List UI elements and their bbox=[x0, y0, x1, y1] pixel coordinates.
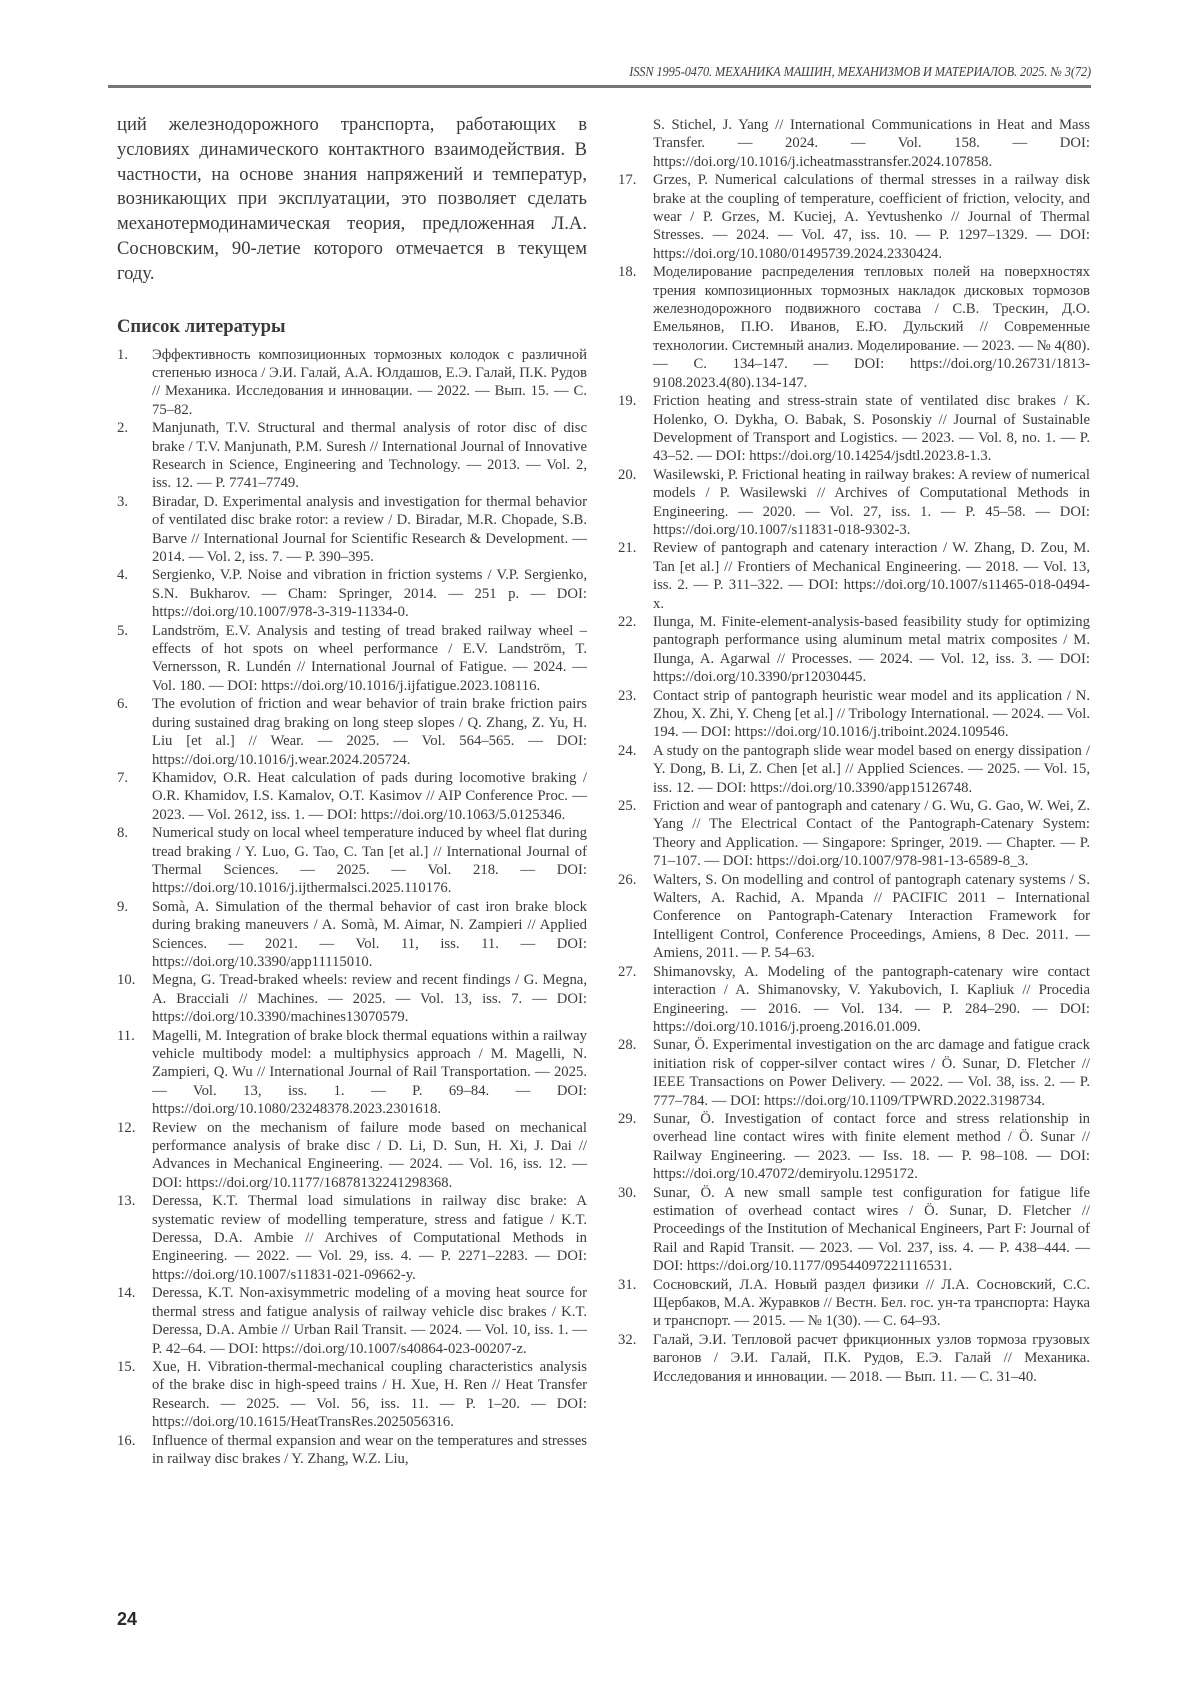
reference-text: Manjunath, T.V. Structural and thermal a… bbox=[152, 420, 587, 491]
reference-text: Wasilewski, P. Frictional heating in rai… bbox=[653, 467, 1090, 538]
reference-text: Галай, Э.И. Тепловой расчет фрикционных … bbox=[653, 1332, 1090, 1385]
reference-text: Sunar, Ö. Investigation of contact force… bbox=[653, 1111, 1090, 1182]
reference-number: 24. bbox=[618, 742, 636, 760]
reference-number: 28. bbox=[618, 1036, 636, 1054]
reference-item: 14.Deressa, K.T. Non-axisymmetric modeli… bbox=[117, 1284, 587, 1358]
reference-item: 31.Сосновский, Л.А. Новый раздел физики … bbox=[618, 1276, 1090, 1331]
reference-number: 11. bbox=[117, 1027, 135, 1045]
reference-text: Khamidov, O.R. Heat calculation of pads … bbox=[152, 770, 587, 823]
reference-item: 32.Галай, Э.И. Тепловой расчет фрикционн… bbox=[618, 1331, 1090, 1386]
reference-item: 27.Shimanovsky, A. Modeling of the panto… bbox=[618, 963, 1090, 1037]
reference-number: 32. bbox=[618, 1331, 636, 1349]
right-column: S. Stichel, J. Yang // International Com… bbox=[618, 116, 1090, 1386]
reference-text: Friction and wear of pantograph and cate… bbox=[653, 798, 1090, 869]
reference-item: 9.Somà, A. Simulation of the thermal beh… bbox=[117, 898, 587, 972]
reference-item: 23.Contact strip of pantograph heuristic… bbox=[618, 687, 1090, 742]
reference-text: Xue, H. Vibration-thermal-mechanical cou… bbox=[152, 1359, 587, 1430]
references-heading: Список литературы bbox=[117, 316, 587, 338]
reference-text: Influence of thermal expansion and wear … bbox=[152, 1433, 587, 1467]
reference-item: 12.Review on the mechanism of failure mo… bbox=[117, 1119, 587, 1193]
reference-item: 21.Review of pantograph and catenary int… bbox=[618, 539, 1090, 613]
reference-item: 17.Grzes, P. Numerical calculations of t… bbox=[618, 171, 1090, 263]
reference-number: 29. bbox=[618, 1110, 636, 1128]
reference-text: Моделирование распределения тепловых пол… bbox=[653, 264, 1090, 390]
reference-text: Deressa, K.T. Thermal load simulations i… bbox=[152, 1193, 587, 1283]
running-header: ISSN 1995-0470. МЕХАНИКА МАШИН, МЕХАНИЗМ… bbox=[187, 64, 1091, 80]
reference-number: 31. bbox=[618, 1276, 636, 1294]
reference-text: Review on the mechanism of failure mode … bbox=[152, 1120, 587, 1191]
reference-item: 6.The evolution of friction and wear beh… bbox=[117, 695, 587, 769]
reference-number: 14. bbox=[117, 1284, 135, 1302]
reference-text: A study on the pantograph slide wear mod… bbox=[653, 743, 1090, 796]
reference-item: 16.Influence of thermal expansion and we… bbox=[117, 1432, 587, 1469]
reference-number: 4. bbox=[117, 566, 128, 584]
reference-item: 4.Sergienko, V.P. Noise and vibration in… bbox=[117, 566, 587, 621]
reference-item: 10.Megna, G. Tread-braked wheels: review… bbox=[117, 971, 587, 1026]
reference-number: 22. bbox=[618, 613, 636, 631]
reference-number: 2. bbox=[117, 419, 128, 437]
reference-item: 2.Manjunath, T.V. Structural and thermal… bbox=[117, 419, 587, 493]
reference-item: 1.Эффективность композиционных тормозных… bbox=[117, 346, 587, 420]
reference-item: 19.Friction heating and stress-strain st… bbox=[618, 392, 1090, 466]
reference-number: 16. bbox=[117, 1432, 135, 1450]
reference-text: S. Stichel, J. Yang // International Com… bbox=[653, 117, 1090, 170]
reference-item: 13.Deressa, K.T. Thermal load simulation… bbox=[117, 1192, 587, 1284]
reference-text: Review of pantograph and catenary intera… bbox=[653, 540, 1090, 611]
reference-text: Numerical study on local wheel temperatu… bbox=[152, 825, 587, 896]
reference-item: 28.Sunar, Ö. Experimental investigation … bbox=[618, 1036, 1090, 1110]
reference-text: Shimanovsky, A. Modeling of the pantogra… bbox=[653, 964, 1090, 1035]
reference-number: 1. bbox=[117, 346, 128, 364]
reference-item: 15.Xue, H. Vibration-thermal-mechanical … bbox=[117, 1358, 587, 1432]
reference-number: 19. bbox=[618, 392, 636, 410]
reference-text: Sergienko, V.P. Noise and vibration in f… bbox=[152, 567, 587, 620]
reference-number: 3. bbox=[117, 493, 128, 511]
reference-number: 13. bbox=[117, 1192, 135, 1210]
reference-text: Friction heating and stress-strain state… bbox=[653, 393, 1090, 464]
reference-number: 6. bbox=[117, 695, 128, 713]
reference-item: 25.Friction and wear of pantograph and c… bbox=[618, 797, 1090, 871]
left-column: ций железнодорожного транспорта, работаю… bbox=[117, 113, 587, 1468]
reference-text: The evolution of friction and wear behav… bbox=[152, 696, 587, 767]
reference-text: Landström, E.V. Analysis and testing of … bbox=[152, 623, 587, 694]
reference-item: 5.Landström, E.V. Analysis and testing o… bbox=[117, 622, 587, 696]
reference-number: 15. bbox=[117, 1358, 135, 1376]
reference-number: 21. bbox=[618, 539, 636, 557]
reference-item: 30.Sunar, Ö. A new small sample test con… bbox=[618, 1184, 1090, 1276]
reference-number: 9. bbox=[117, 898, 128, 916]
reference-number: 7. bbox=[117, 769, 128, 787]
reference-item: 18.Моделирование распределения тепловых … bbox=[618, 263, 1090, 392]
reference-item: 8.Numerical study on local wheel tempera… bbox=[117, 824, 587, 898]
reference-item: 11.Magelli, M. Integration of brake bloc… bbox=[117, 1027, 587, 1119]
reference-number: 23. bbox=[618, 687, 636, 705]
reference-text: Somà, A. Simulation of the thermal behav… bbox=[152, 899, 587, 970]
reference-text: Deressa, K.T. Non-axisymmetric modeling … bbox=[152, 1285, 587, 1356]
reference-text: Grzes, P. Numerical calculations of ther… bbox=[653, 172, 1090, 262]
reference-number: 25. bbox=[618, 797, 636, 815]
reference-item: 22.Ilunga, M. Finite-element-analysis-ba… bbox=[618, 613, 1090, 687]
reference-number: 18. bbox=[618, 263, 636, 281]
reference-number: 27. bbox=[618, 963, 636, 981]
reference-number: 10. bbox=[117, 971, 135, 989]
reference-item: 20.Wasilewski, P. Frictional heating in … bbox=[618, 466, 1090, 540]
reference-text: Contact strip of pantograph heuristic we… bbox=[653, 688, 1090, 741]
reference-item: 24.A study on the pantograph slide wear … bbox=[618, 742, 1090, 797]
reference-text: Ilunga, M. Finite-element-analysis-based… bbox=[653, 614, 1090, 685]
reference-number: 30. bbox=[618, 1184, 636, 1202]
reference-item: 7.Khamidov, O.R. Heat calculation of pad… bbox=[117, 769, 587, 824]
reference-text: Эффективность композиционных тормозных к… bbox=[152, 347, 587, 418]
reference-number: 12. bbox=[117, 1119, 135, 1137]
page-number: 24 bbox=[117, 1609, 137, 1630]
reference-text: Magelli, M. Integration of brake block t… bbox=[152, 1028, 587, 1118]
reference-item: 29.Sunar, Ö. Investigation of contact fo… bbox=[618, 1110, 1090, 1184]
reference-number: 8. bbox=[117, 824, 128, 842]
reference-number: 26. bbox=[618, 871, 636, 889]
reference-item: 3.Biradar, D. Experimental analysis and … bbox=[117, 493, 587, 567]
reference-continuation: S. Stichel, J. Yang // International Com… bbox=[618, 116, 1090, 171]
reference-text: Сосновский, Л.А. Новый раздел физики // … bbox=[653, 1277, 1090, 1330]
reference-text: Walters, S. On modelling and control of … bbox=[653, 872, 1090, 962]
reference-number: 20. bbox=[618, 466, 636, 484]
reference-text: Sunar, Ö. Experimental investigation on … bbox=[653, 1037, 1090, 1108]
reference-text: Sunar, Ö. A new small sample test config… bbox=[653, 1185, 1090, 1275]
reference-number: 17. bbox=[618, 171, 636, 189]
reference-list-left: 1.Эффективность композиционных тормозных… bbox=[117, 346, 587, 1469]
reference-list-right: S. Stichel, J. Yang // International Com… bbox=[618, 116, 1090, 1386]
reference-text: Megna, G. Tread-braked wheels: review an… bbox=[152, 972, 587, 1025]
reference-text: Biradar, D. Experimental analysis and in… bbox=[152, 494, 587, 565]
reference-item: 26.Walters, S. On modelling and control … bbox=[618, 871, 1090, 963]
intro-paragraph: ций железнодорожного транспорта, работаю… bbox=[117, 113, 587, 287]
header-divider bbox=[108, 85, 1091, 88]
reference-number: 5. bbox=[117, 622, 128, 640]
